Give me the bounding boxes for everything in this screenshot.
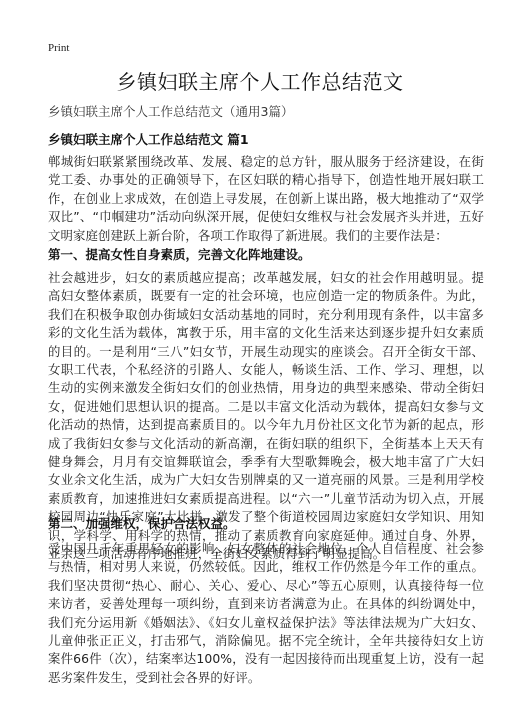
article-heading: 乡镇妇联主席个人工作总结范文 篇1	[48, 130, 249, 148]
print-link[interactable]: Print	[48, 42, 69, 54]
document-title: 乡镇妇联主席个人工作总结范文	[0, 66, 520, 95]
section-heading-1: 第一、提高女性自身素质，完善文化阵地建设。	[48, 245, 311, 263]
document-subtitle: 乡镇妇联主席个人工作总结范文（通用3篇）	[48, 102, 293, 120]
section-heading-2: 第二、加强维权，保护合法权益。	[48, 514, 236, 532]
intro-paragraph: 郸城街妇联紧紧围绕改革、发展、稳定的总方针，服从服务于经济建设，在街党工委、办事…	[48, 153, 484, 245]
section-body-2: 受中国几千年重男轻女的影响，妇女整体的社会地位、个人自信程度、社会参与热情，相对…	[48, 540, 484, 687]
